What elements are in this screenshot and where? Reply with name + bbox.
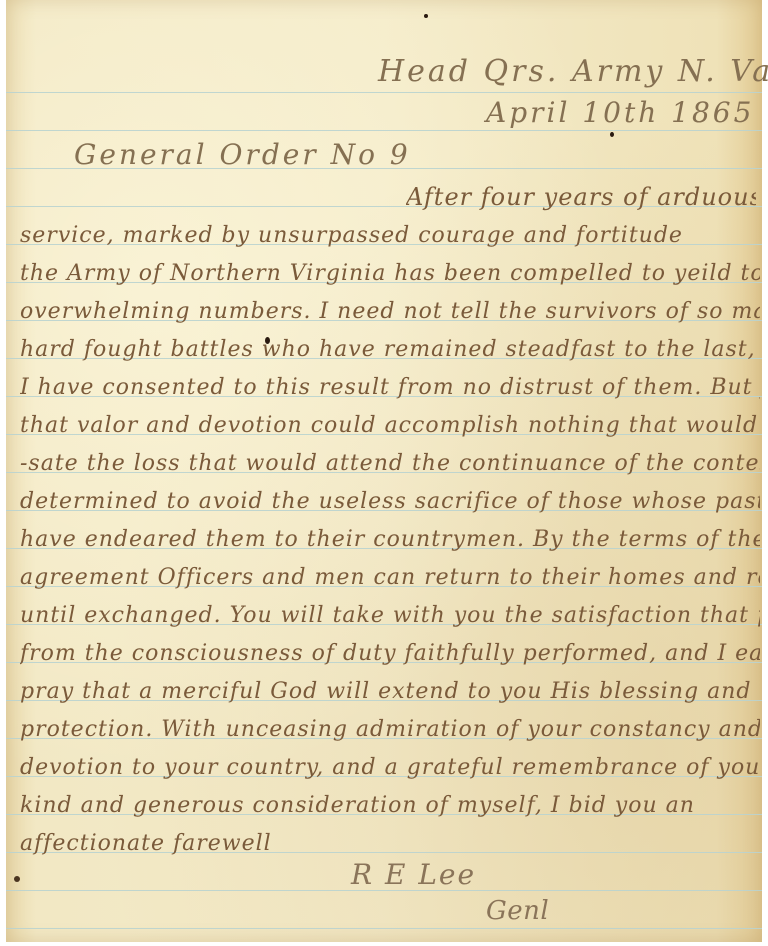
signature: R E Lee	[351, 858, 476, 891]
body-line: service, marked by unsurpassed courage a…	[20, 223, 760, 248]
body-line: from the consciousness of duty faithfull…	[20, 641, 760, 666]
ruled-line	[6, 92, 762, 93]
body-line: the Army of Northern Virginia has been c…	[20, 261, 760, 286]
body-line: protection. With unceasing admiration of…	[20, 717, 760, 742]
heading-place: Head Qrs. Army N. Va	[378, 54, 768, 89]
body-line: I have consented to this result from no …	[20, 375, 760, 400]
body-line: overwhelming numbers. I need not tell th…	[20, 299, 760, 324]
signature-rank: Genl	[486, 896, 549, 926]
body-line: After four years of arduous	[406, 183, 756, 211]
ink-blot	[424, 14, 428, 18]
body-line: that valor and devotion could accomplish…	[20, 413, 760, 438]
body-line: have endeared them to their countrymen. …	[20, 527, 760, 552]
body-line: hard fought battles who have remained st…	[20, 337, 760, 362]
body-line: devotion to your country, and a grateful…	[20, 755, 760, 780]
body-line: determined to avoid the useless sacrific…	[20, 489, 760, 514]
heading-date: April 10th 1865	[486, 96, 754, 129]
body-line: -sate the loss that would attend the con…	[20, 451, 760, 476]
ruled-line	[6, 130, 762, 131]
ink-blot	[14, 876, 20, 882]
order-title: General Order No 9	[74, 138, 411, 171]
ruled-line	[6, 928, 762, 929]
body-line: kind and generous consideration of mysel…	[20, 793, 760, 818]
body-line: until exchanged. You will take with you …	[20, 603, 760, 628]
letter-sheet: Head Qrs. Army N. Va April 10th 1865 Gen…	[6, 0, 762, 942]
body-line: pray that a merciful God will extend to …	[20, 679, 760, 704]
ink-blot	[610, 132, 614, 137]
body-line: agreement Officers and men can return to…	[20, 565, 760, 590]
body-line: affectionate farewell	[20, 831, 760, 856]
